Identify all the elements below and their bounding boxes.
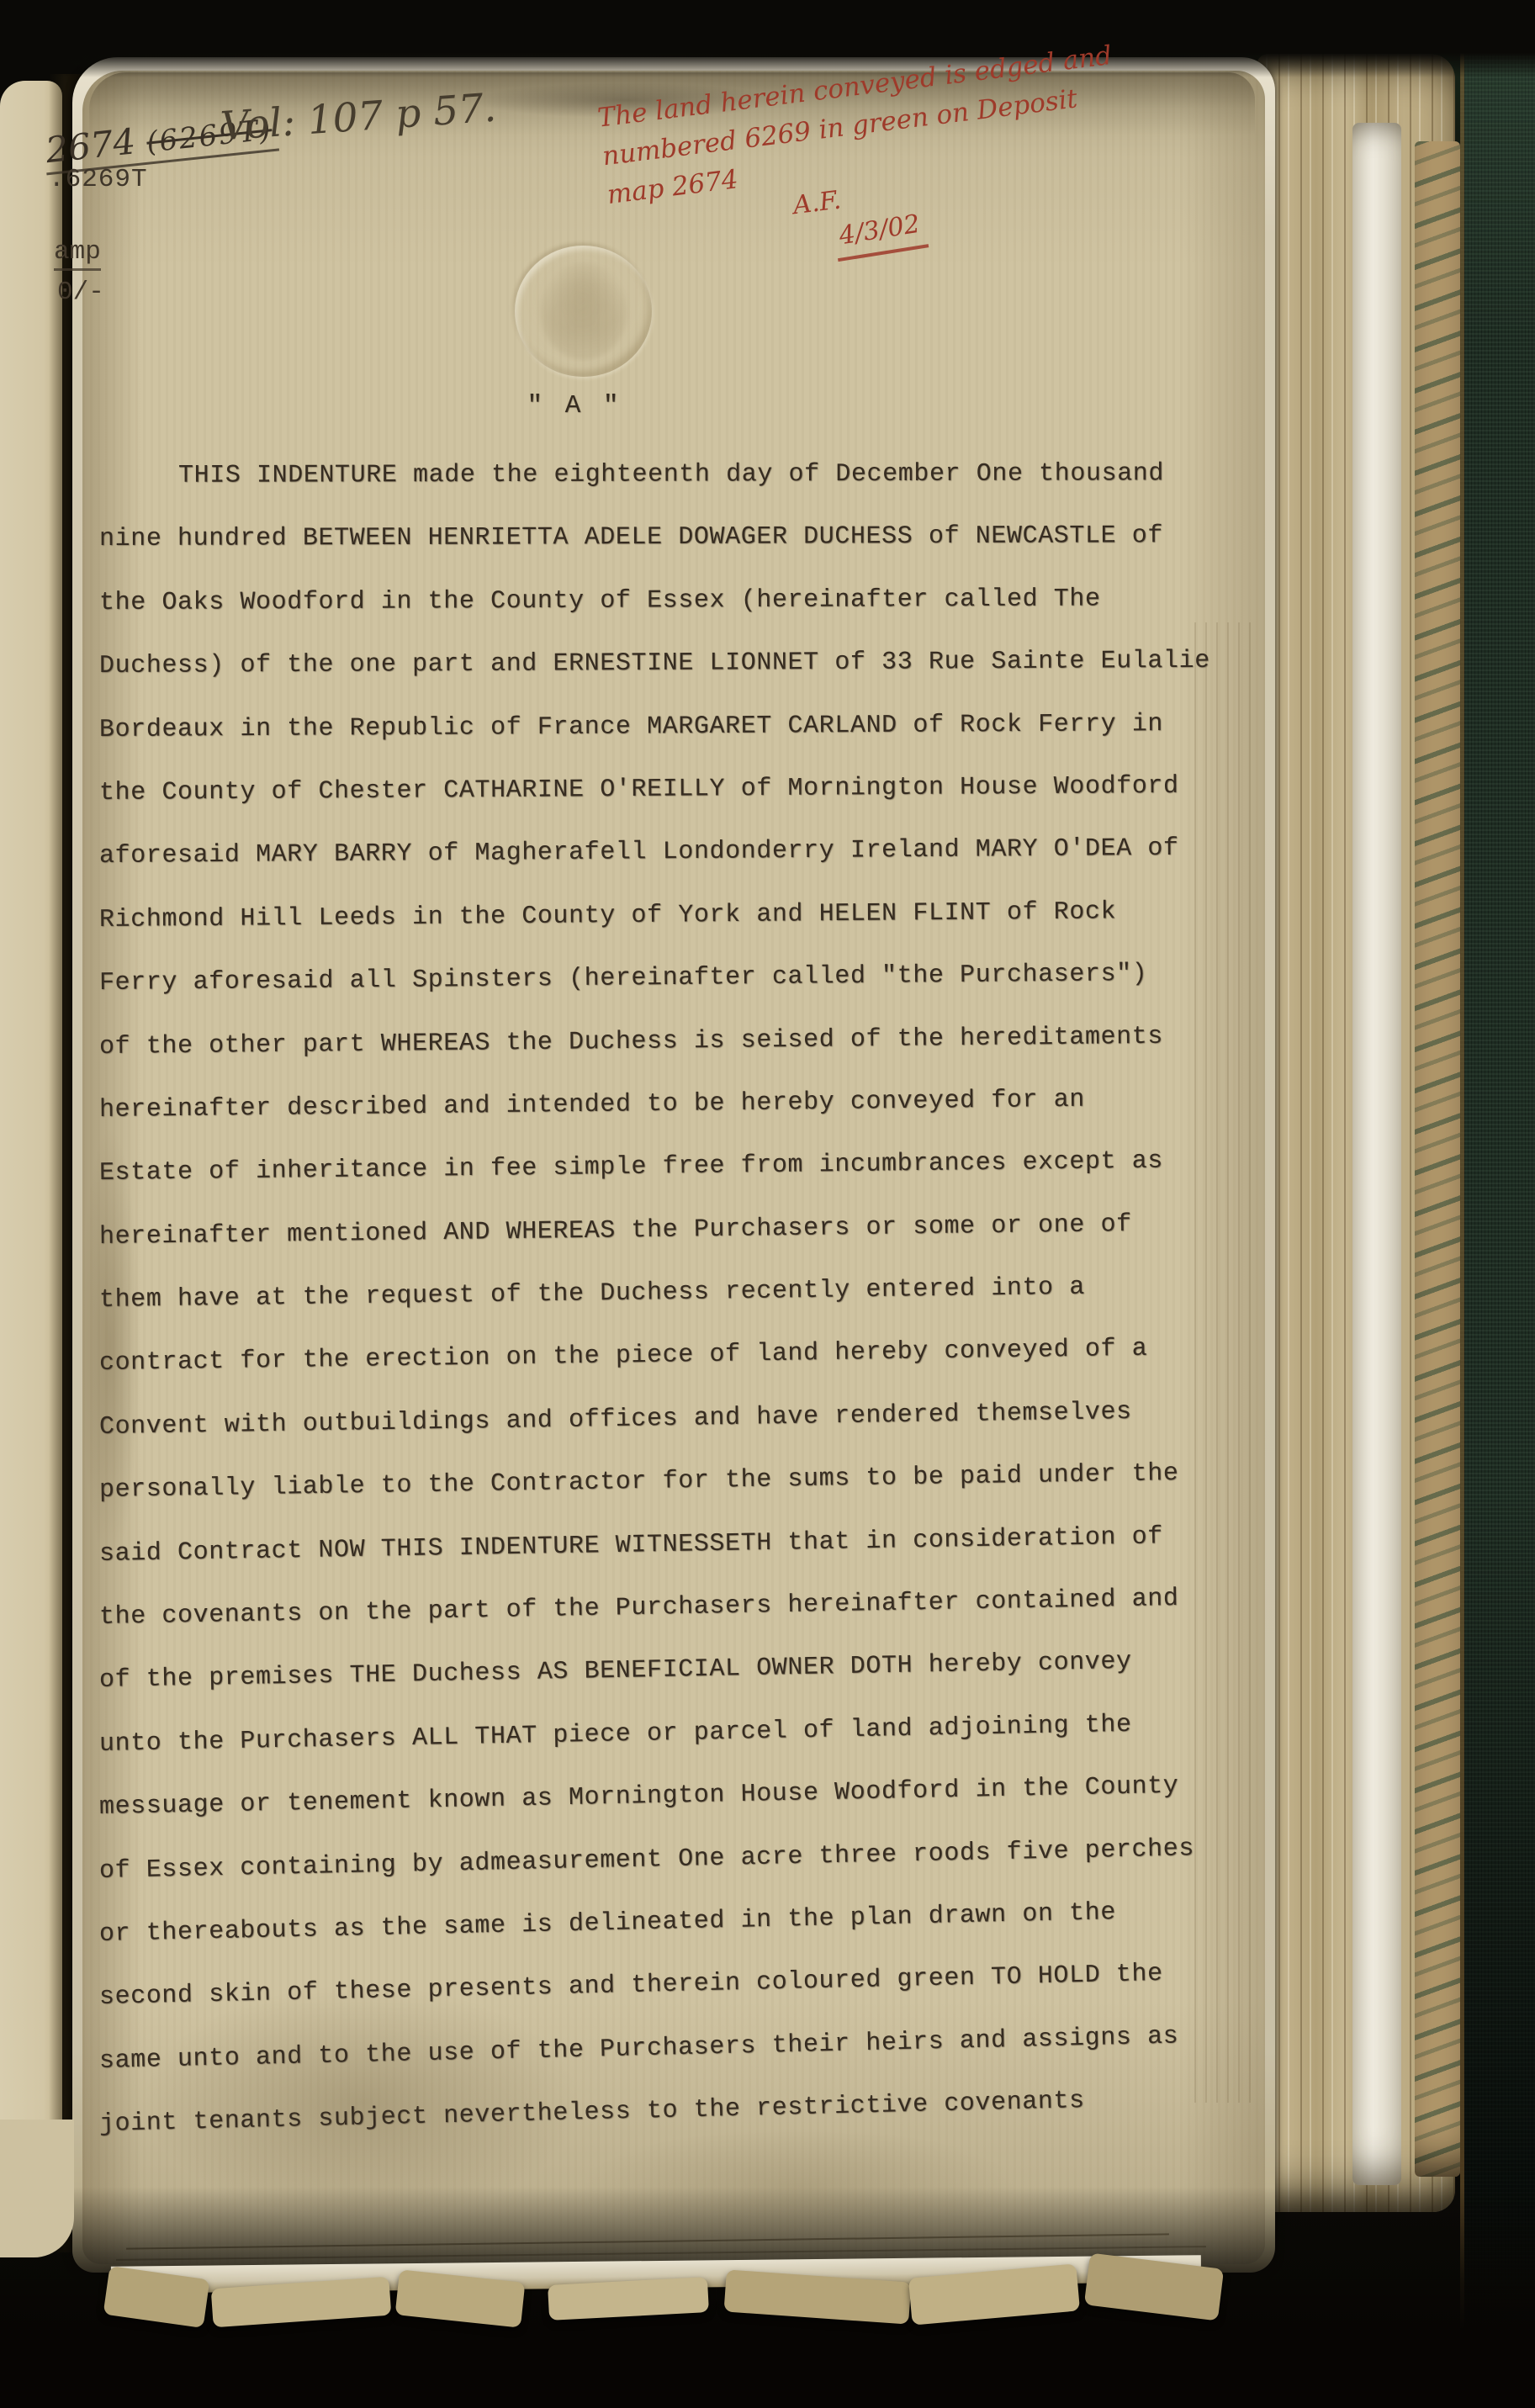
document-line: nine hundred BETWEEN HENRIETTA ADELE DOW…: [99, 504, 1236, 570]
document-line: aforesaid MARY BARRY of Magherafell Lond…: [99, 817, 1237, 888]
document-line: the County of Chester CATHARINE O'REILLY…: [99, 754, 1236, 824]
previous-page-bottom-corner: [0, 2120, 74, 2257]
document-line: Bordeaux in the Republic of France MARGA…: [99, 691, 1236, 761]
document-line: of the other part WHEREAS the Duchess is…: [99, 1003, 1237, 1077]
exhibit-label: " A ": [99, 380, 1050, 432]
document-line: Richmond Hill Leeds in the County of Yor…: [99, 879, 1237, 951]
seal-crest-relief: [540, 262, 627, 360]
white-page-edge: [1352, 123, 1401, 2185]
top-background-band: [0, 0, 1535, 77]
stamp-label-partial: amp: [54, 237, 101, 271]
marbled-board-edge: [1415, 141, 1460, 2177]
stamp-value-partial: 0/-: [57, 278, 104, 307]
document-line: the Oaks Woodford in the County of Essex…: [99, 567, 1236, 634]
typed-reference-number: .6269T: [49, 165, 148, 194]
document-line: Ferry aforesaid all Spinsters (hereinaft…: [99, 941, 1237, 1014]
document-line: Duchess) of the one part and ERNESTINE L…: [99, 629, 1236, 698]
book-cover-cloth: [1460, 0, 1535, 2408]
typed-lines: THIS INDENTURE made the eighteenth day o…: [99, 444, 1236, 2157]
scanned-document-photo: 2674 (6269T) .6269T amp 0/- Vol: 107 p 5…: [0, 0, 1535, 2408]
document-line: THIS INDENTURE made the eighteenth day o…: [99, 442, 1236, 507]
deposit-number: 2674: [44, 120, 137, 171]
